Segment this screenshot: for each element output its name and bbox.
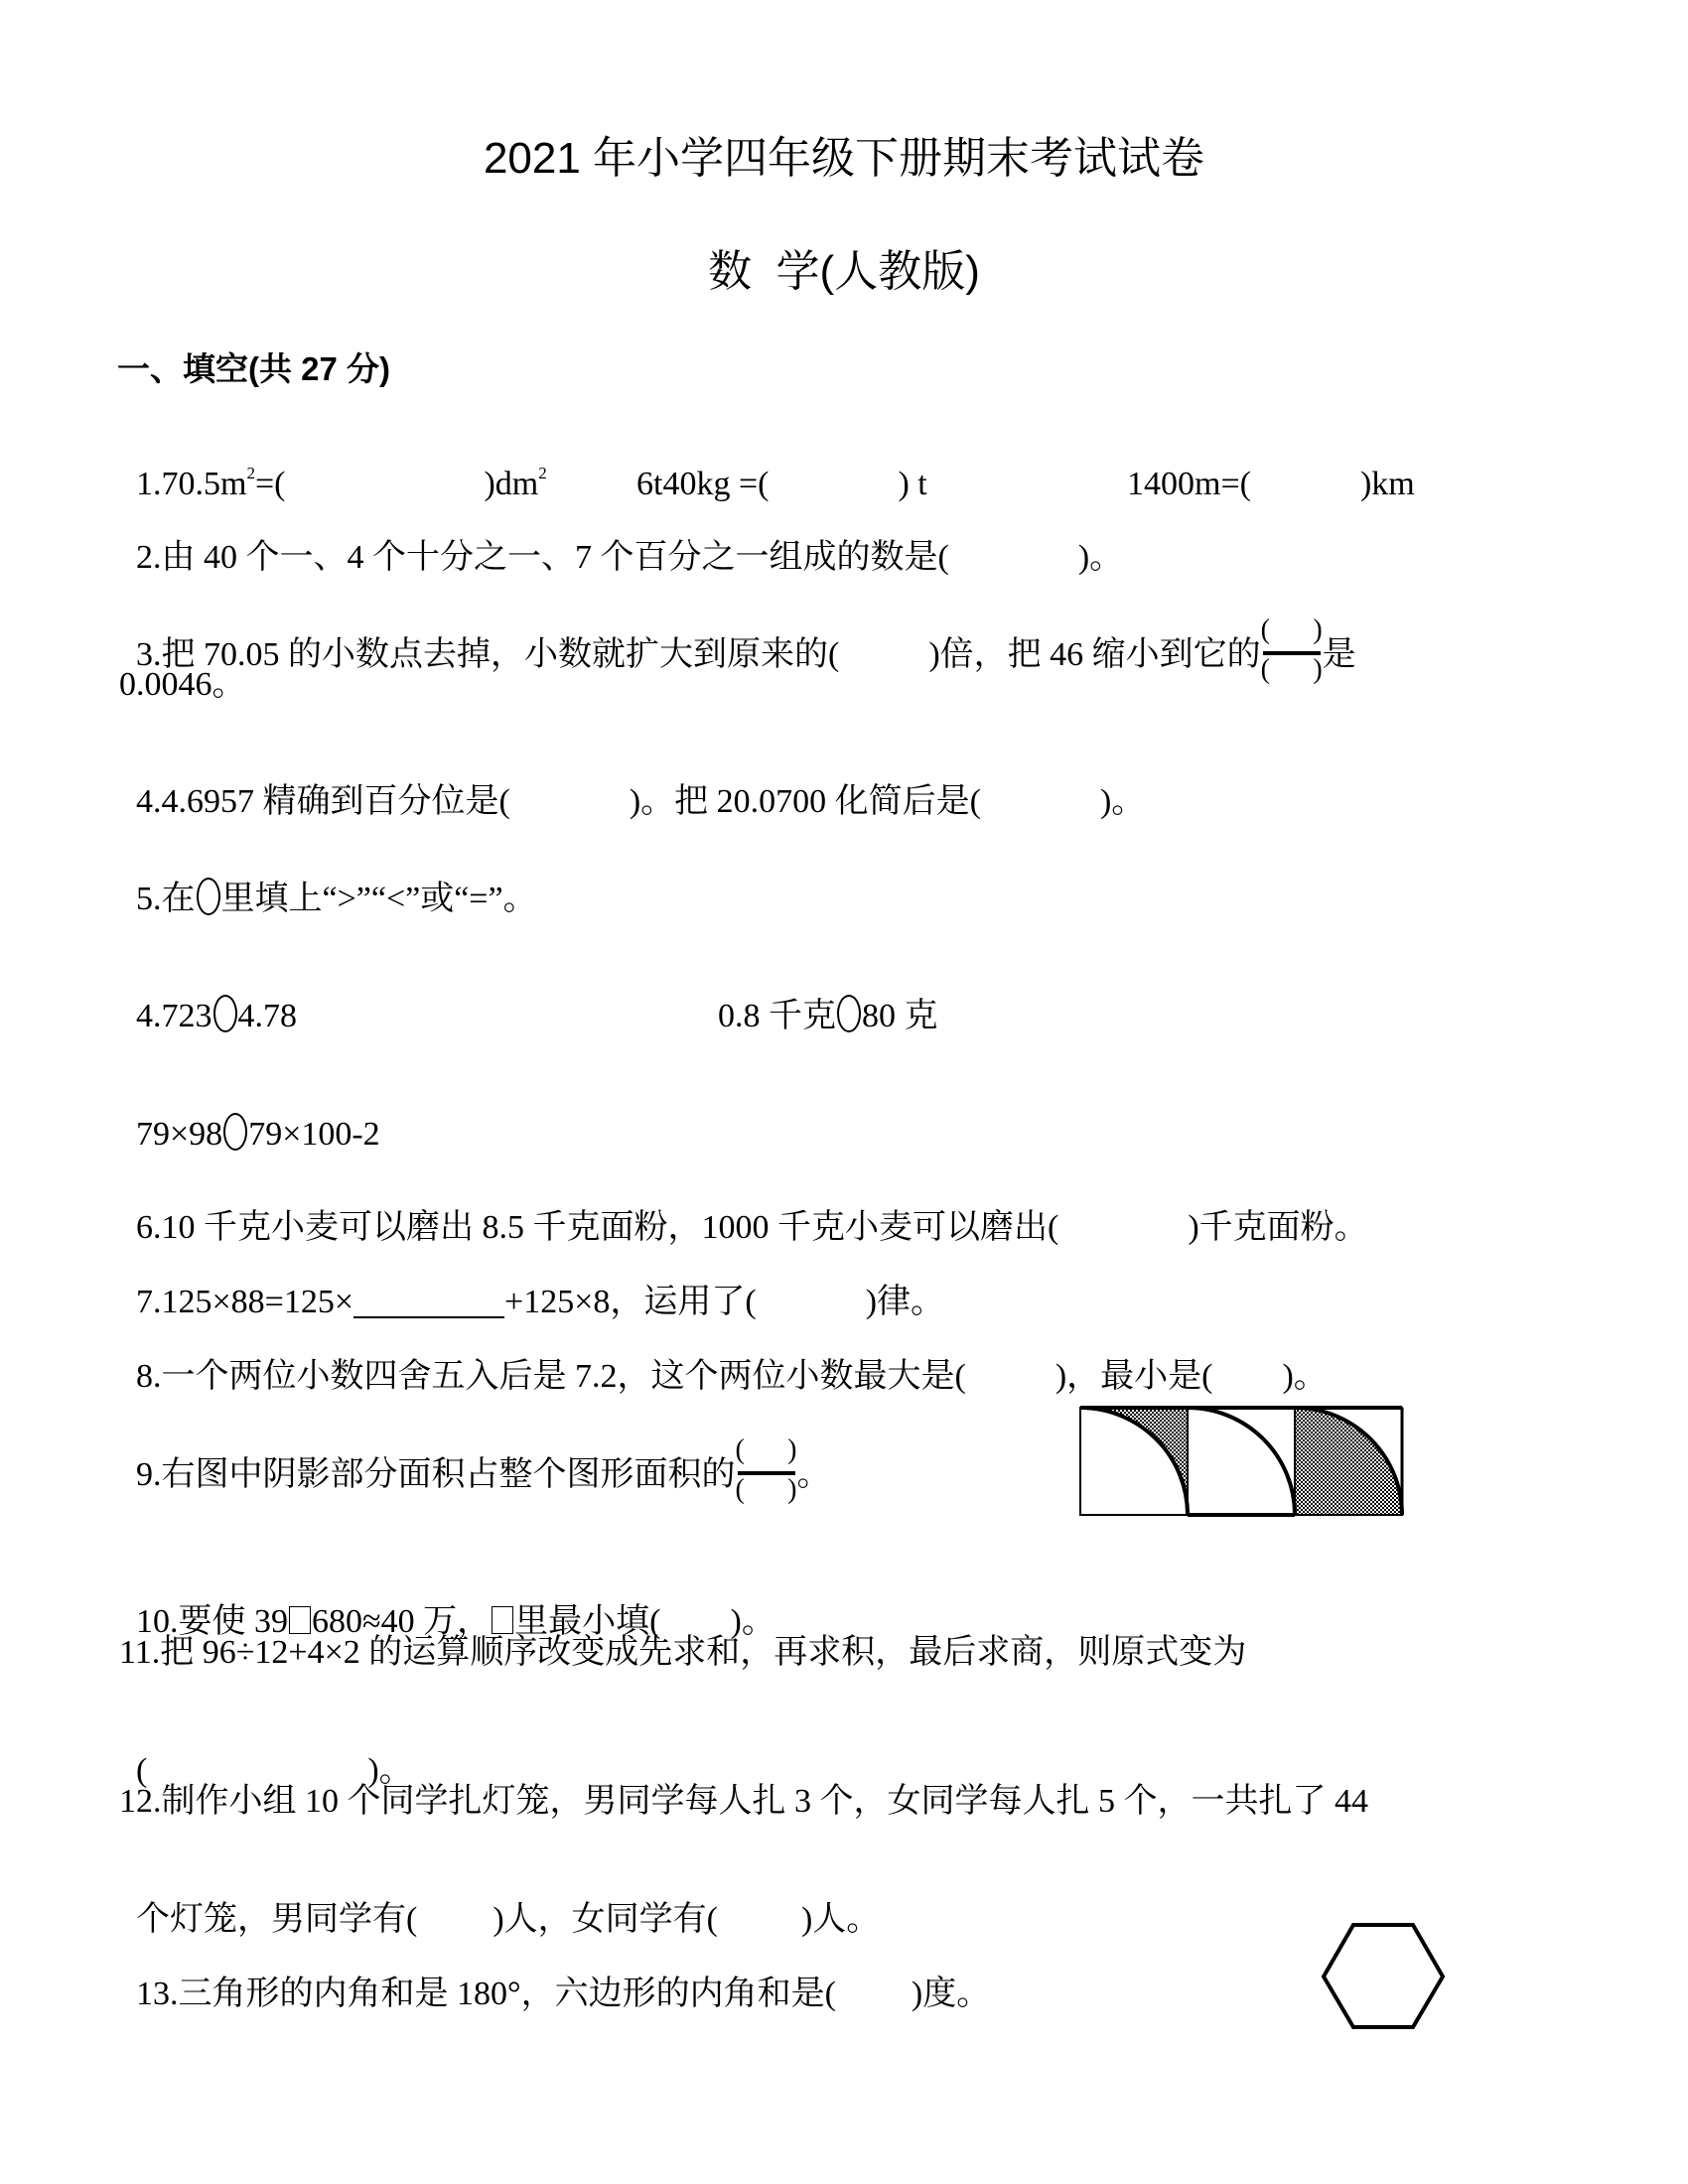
paren: ) bbox=[787, 1435, 796, 1465]
fraction-blank[interactable]: ()() bbox=[736, 1437, 797, 1507]
compare-circle-blank[interactable] bbox=[837, 995, 861, 1032]
q9-text: 9.右图中阴影部分面积占整个图形面积的 bbox=[136, 1456, 736, 1493]
fraction-blank[interactable]: ()() bbox=[1261, 617, 1323, 687]
numerator: () bbox=[736, 1435, 797, 1465]
circle-icon bbox=[197, 878, 220, 915]
q8-a: 8.一个两位小数四舍五入后是 7.2，这个两位小数最大是( bbox=[136, 1358, 966, 1395]
compare-circle-blank[interactable] bbox=[223, 1113, 247, 1151]
page-subtitle: 数 学(人教版) bbox=[0, 244, 1688, 300]
superscript: 2 bbox=[246, 464, 255, 482]
question-5: 5.在里填上“>”“<”或“=”。 bbox=[119, 834, 537, 921]
q2-text: 2.由 40 个一、4 个十分之一、7 个百分之一组成的数是( bbox=[136, 539, 949, 576]
question-8: 8.一个两位小数四舍五入后是 7.2，这个两位小数最大是()，最小是()。 bbox=[119, 1311, 1328, 1399]
square-placeholder-icon bbox=[289, 1606, 311, 1634]
q9-after: 。 bbox=[797, 1456, 831, 1493]
q6-close: )千克面粉。 bbox=[1188, 1209, 1367, 1246]
question-11: 11.把 96÷12+4×2 的运算顺序改变成先求和，再求积，最后求商，则原式变… bbox=[119, 1631, 1246, 1675]
denominator: () bbox=[1261, 655, 1323, 685]
compare-circle-blank[interactable] bbox=[213, 995, 237, 1032]
page-title: 2021 年小学四年级下册期末考试试卷 bbox=[0, 131, 1688, 187]
q3-mid: )倍，把 46 缩小到它的 bbox=[928, 636, 1260, 673]
square-placeholder-icon bbox=[492, 1606, 513, 1634]
compare-left: 0.8 千克 bbox=[718, 998, 836, 1034]
question-9: 9.右图中阴影部分面积占整个图形面积的()()。 bbox=[119, 1394, 831, 1507]
q5-suffix: 里填上“>”“<”或“=”。 bbox=[221, 881, 537, 917]
question-12: 12.制作小组 10 个同学扎灯笼，男同学每人扎 3 个，女同学每人扎 5 个，… bbox=[119, 1780, 1368, 1824]
question-3: 3.把 70.05 的小数点去掉，小数就扩大到原来的()倍，把 46 缩小到它的… bbox=[119, 574, 1356, 687]
hexagon-figure bbox=[1316, 1916, 1455, 2035]
q4-b: )。把 20.0700 化简后是( bbox=[630, 783, 981, 820]
compare-left: 79×98 bbox=[136, 1116, 222, 1153]
paren: ( bbox=[736, 1475, 745, 1505]
compare-right: 4.78 bbox=[238, 998, 298, 1034]
question-2: 2.由 40 个一、4 个十分之一、7 个百分之一组成的数是()。 bbox=[119, 492, 1123, 580]
paren: ( bbox=[1261, 615, 1270, 645]
paren: ) bbox=[1313, 655, 1322, 685]
superscript: 2 bbox=[538, 464, 547, 482]
q3-after: 是 bbox=[1323, 636, 1356, 673]
compare-right: 80 克 bbox=[862, 998, 938, 1034]
paren: ( bbox=[736, 1435, 745, 1465]
compare-item-1: 4.7234.78 bbox=[119, 951, 297, 1038]
q4-c: )。 bbox=[1100, 783, 1145, 820]
q8-b: )，最小是( bbox=[1055, 1358, 1213, 1395]
compare-right: 79×100-2 bbox=[248, 1116, 380, 1153]
q4-a: 4.4.6957 精确到百分位是( bbox=[136, 783, 510, 820]
q1-c-text: 1400m=( bbox=[1127, 466, 1251, 502]
compare-left: 4.723 bbox=[136, 998, 212, 1034]
question-1-part-c: 1400m=()km bbox=[1110, 419, 1415, 506]
q13-close: )度。 bbox=[912, 1976, 990, 2012]
q8-c: )。 bbox=[1282, 1358, 1327, 1395]
question-4: 4.4.6957 精确到百分位是()。把 20.0700 化简后是()。 bbox=[119, 737, 1145, 824]
paren: ( bbox=[1261, 655, 1270, 685]
numerator: () bbox=[1261, 615, 1323, 645]
q5-prefix: 5.在 bbox=[136, 881, 196, 917]
compare-item-2: 0.8 千克80 克 bbox=[701, 951, 938, 1038]
paren: ) bbox=[1313, 615, 1322, 645]
q1-c-close: )km bbox=[1360, 466, 1415, 502]
q2-close: )。 bbox=[1078, 539, 1123, 576]
paren: ) bbox=[787, 1475, 796, 1505]
section-heading-fill-in: 一、填空(共 27 分) bbox=[117, 347, 390, 391]
q13-text: 13.三角形的内角和是 180°，六边形的内角和是( bbox=[136, 1976, 836, 2012]
shaded-quarter-circles-figure bbox=[1072, 1400, 1410, 1525]
denominator: () bbox=[736, 1475, 797, 1505]
question-3-continuation: 0.0046。 bbox=[119, 663, 246, 707]
question-13: 13.三角形的内角和是 180°，六边形的内角和是()度。 bbox=[119, 1929, 990, 2016]
compare-item-3: 79×9879×100-2 bbox=[119, 1069, 380, 1157]
